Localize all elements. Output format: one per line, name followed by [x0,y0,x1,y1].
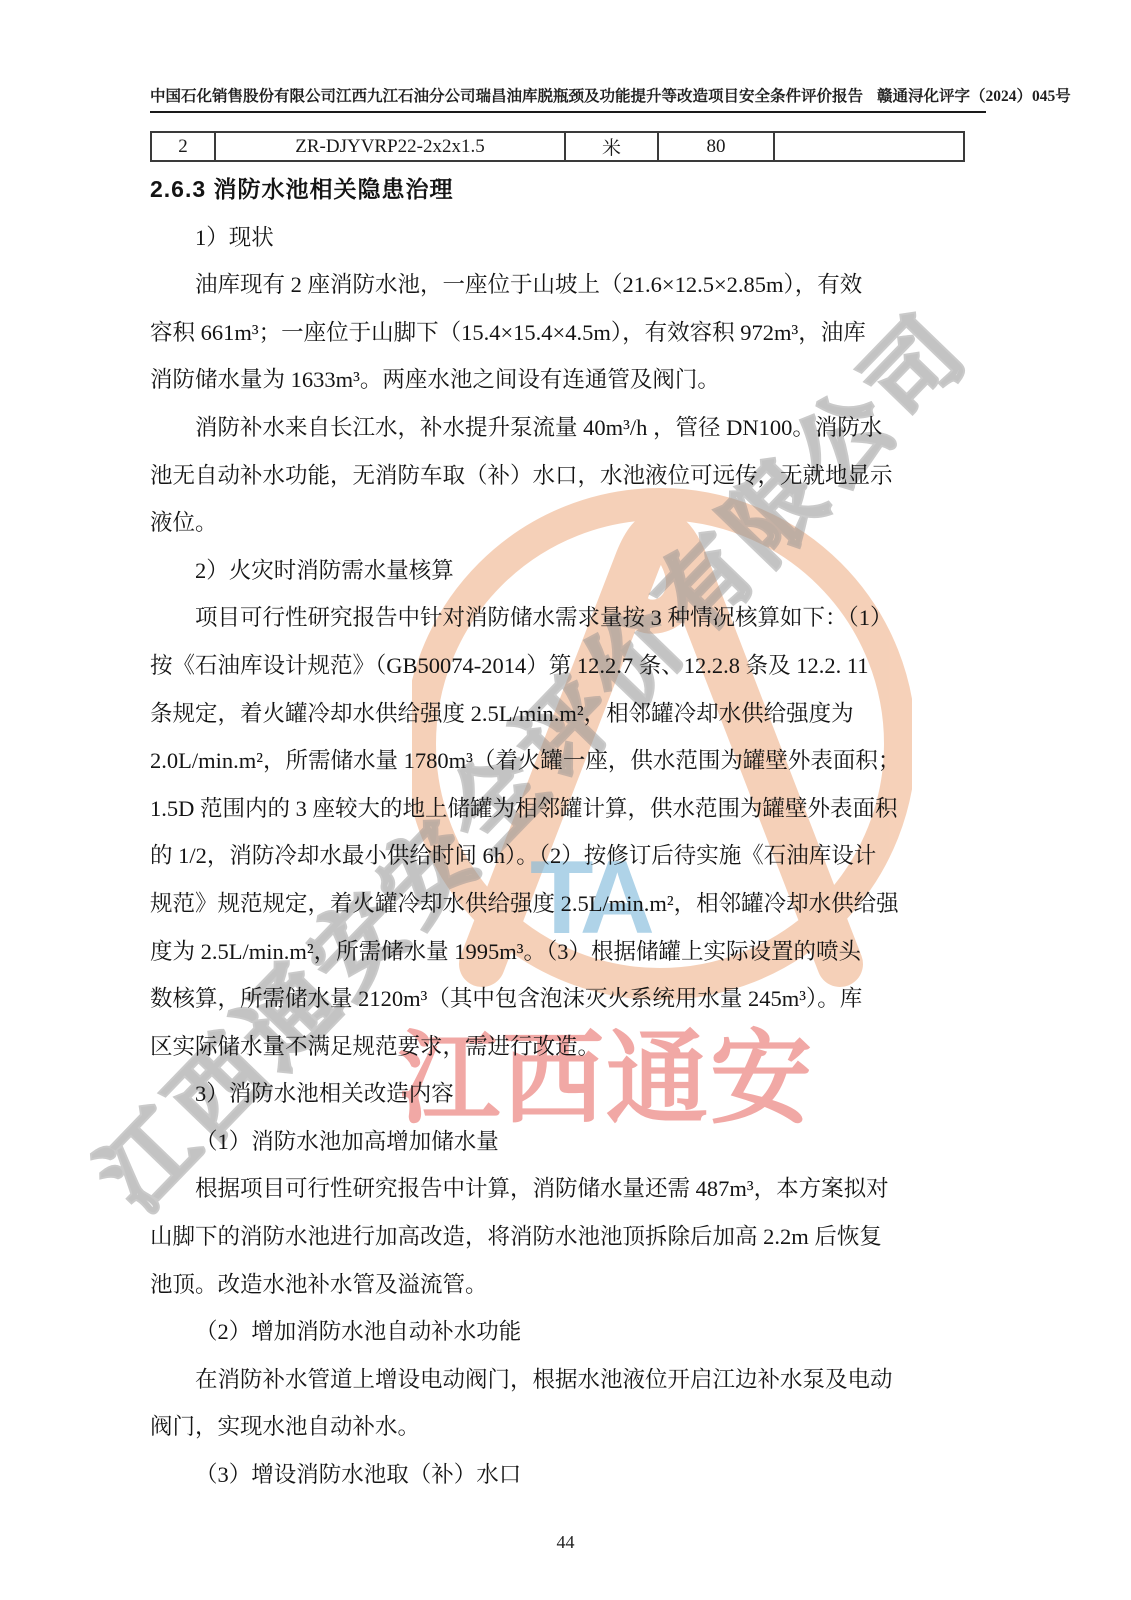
spec-table: 2ZR-DJYVRP22-2x2x1.5米80 [150,131,965,162]
text-line: 规范》规范规定，着火罐冷却水供给强度 2.5L/min.m²，相邻罐冷却水供给强 [150,880,990,928]
text-line: 条规定，着火罐冷却水供给强度 2.5L/min.m²，相邻罐冷却水供给强度为 [150,690,990,738]
page-header: 中国石化销售股份有限公司江西九江石油分公司瑞昌油库脱瓶颈及功能提升等改造项目安全… [150,84,986,113]
text-line: 油库现有 2 座消防水池，一座位于山坡上（21.6×12.5×2.85m），有效 [150,261,990,309]
header-doc-number: 赣通浔化评字（2024）045号 [877,84,1071,106]
text-line: 根据项目可行性研究报告中计算，消防储水量还需 487m³，本方案拟对 [150,1165,990,1213]
text-line: 1）现状 [150,214,990,262]
text-line: 的 1/2，消防冷却水最小供给时间 6h）。（2）按修订后待实施《石油库设计 [150,832,990,880]
section-heading: 2.6.3 消防水池相关隐患治理 [150,166,990,214]
text-line: 3）消防水池相关改造内容 [150,1070,990,1118]
text-line: 数核算，所需储水量 2120m³（其中包含泡沫灭火系统用水量 245m³）。库 [150,975,990,1023]
table-row: 2ZR-DJYVRP22-2x2x1.5米80 [151,132,964,161]
text-line: 池顶。改造水池补水管及溢流管。 [150,1261,990,1309]
text-line: 2.0L/min.m²，所需储水量 1780m³（着火罐一座，供水范围为罐壁外表… [150,737,990,785]
table-cell: 米 [565,132,658,161]
text-line: （3）增设消防水池取（补）水口 [150,1451,990,1499]
text-line: 池无自动补水功能，无消防车取（补）水口，水池液位可远传，无就地显示 [150,452,990,500]
header-title: 中国石化销售股份有限公司江西九江石油分公司瑞昌油库脱瓶颈及功能提升等改造项目安全… [150,84,863,106]
table-cell [774,132,964,161]
text-line: 在消防补水管道上增设电动阀门，根据水池液位开启江边补水泵及电动 [150,1356,990,1404]
table-cell: 80 [658,132,774,161]
text-line: 1.5D 范围内的 3 座较大的地上储罐为相邻罐计算，供水范围为罐壁外表面积 [150,785,990,833]
text-line: 消防补水来自长江水，补水提升泵流量 40m³/h ，管径 DN100。消防水 [150,404,990,452]
text-line: （2）增加消防水池自动补水功能 [150,1308,990,1356]
text-line: 容积 661m³；一座位于山脚下（15.4×15.4×4.5m），有效容积 97… [150,309,990,357]
content-lines: 2.6.3 消防水池相关隐患治理1）现状油库现有 2 座消防水池，一座位于山坡上… [150,166,990,1499]
text-line: 按《石油库设计规范》（GB50074-2014）第 12.2.7 条、12.2.… [150,642,990,690]
table-cell: ZR-DJYVRP22-2x2x1.5 [215,132,565,161]
text-line: 液位。 [150,499,990,547]
text-line: 阀门，实现水池自动补水。 [150,1403,990,1451]
text-line: 消防储水量为 1633m³。两座水池之间设有连通管及阀门。 [150,356,990,404]
text-line: 山脚下的消防水池进行加高改造，将消防水池池顶拆除后加高 2.2m 后恢复 [150,1213,990,1261]
table-cell: 2 [151,132,215,161]
text-line: （1）消防水池加高增加储水量 [150,1118,990,1166]
text-line: 区实际储水量不满足规范要求，需进行改造。 [150,1023,990,1071]
page-number: 44 [0,1532,1131,1553]
text-line: 2）火灾时消防需水量核算 [150,547,990,595]
text-line: 项目可行性研究报告中针对消防储水需求量按 3 种情况核算如下：（1） [150,594,990,642]
text-line: 度为 2.5L/min.m²，所需储水量 1995m³。（3）根据储罐上实际设置… [150,928,990,976]
document-page: TA 江西通安安全评价有限公司 江西通安 中国石化销售股份有限公司江西九江石油分… [0,0,1131,1600]
